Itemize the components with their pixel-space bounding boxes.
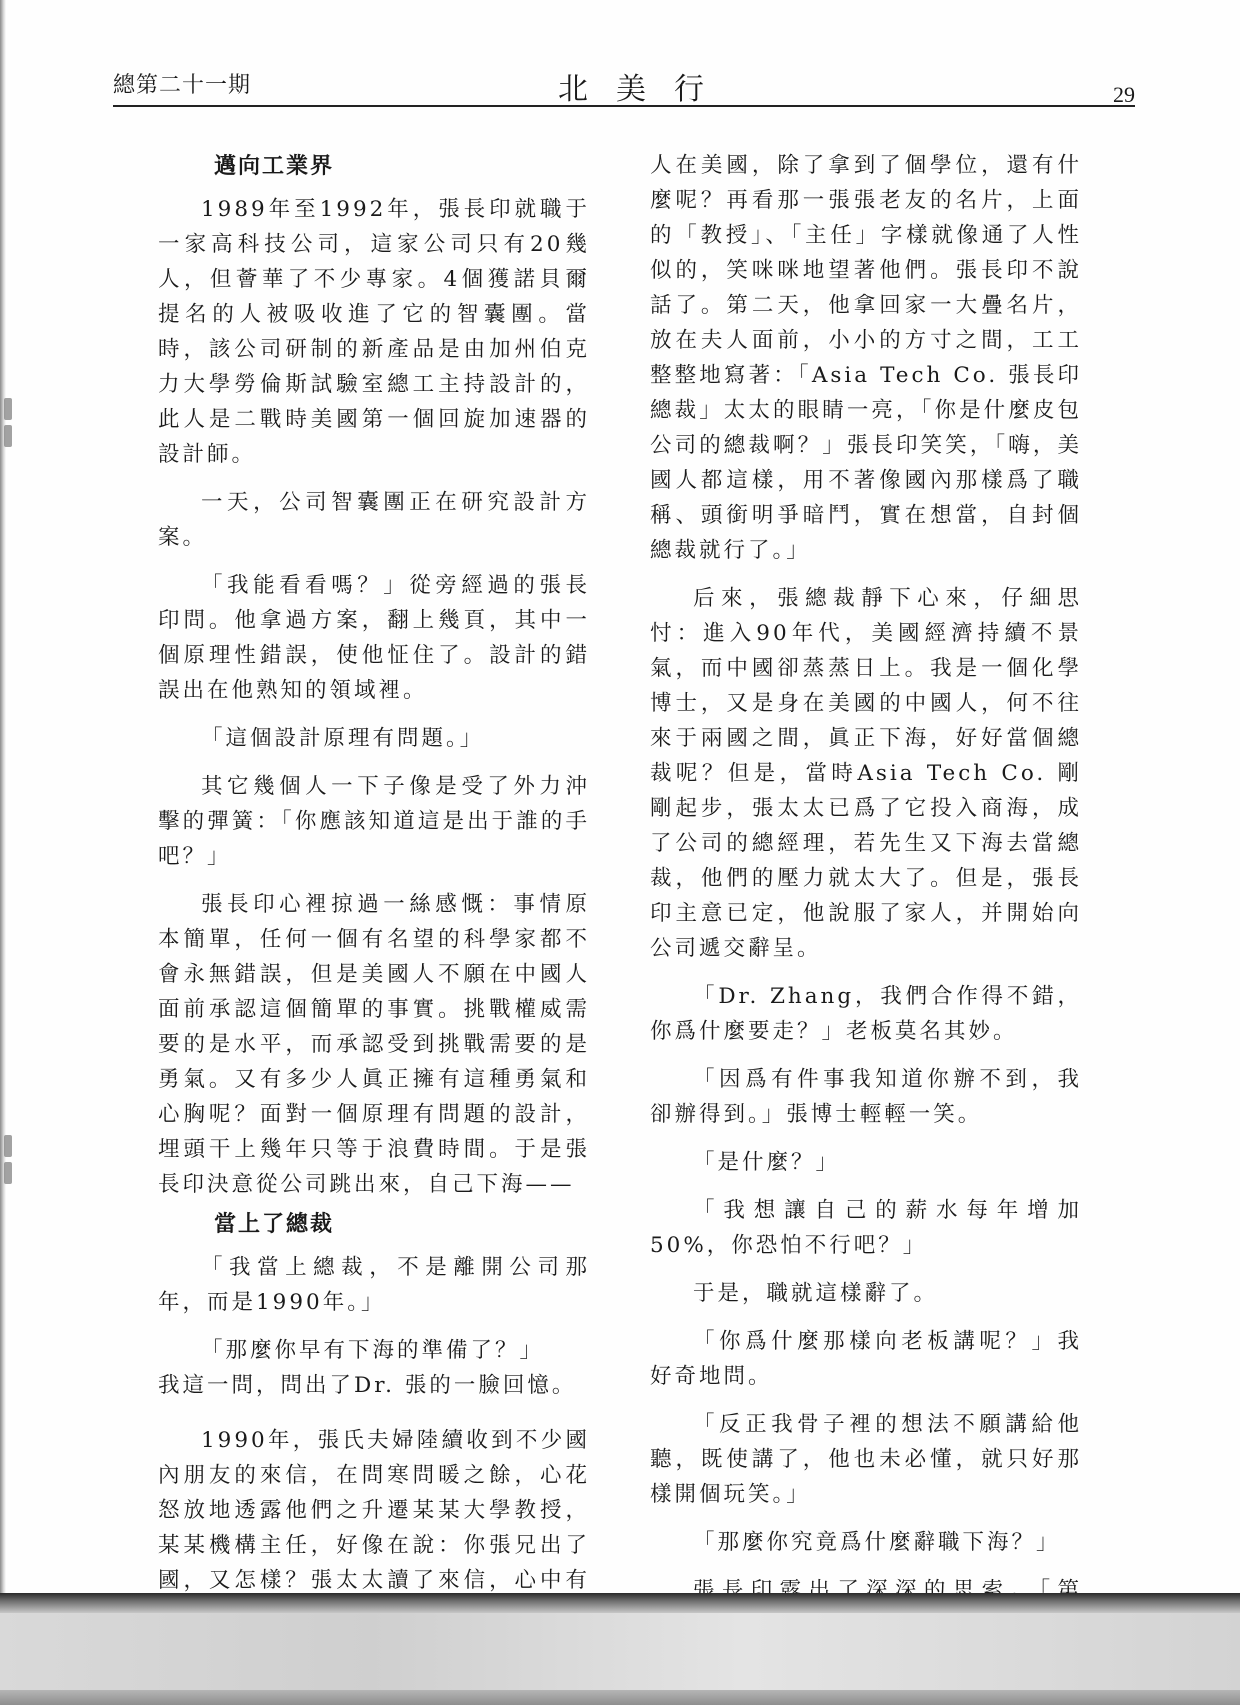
paragraph: 張長印心裡掠過一絲感慨：事情原本簡單，任何一個有名望的科學家都不會永無錯誤，但是… (158, 887, 590, 1202)
magazine-title: 北美行 (558, 64, 732, 108)
paragraph: 「是什麼？」 (650, 1145, 1082, 1180)
paragraph: 「那麼你早有下海的準備了？」 (158, 1333, 590, 1368)
section-heading: 邁向工業界 (214, 148, 590, 186)
paragraph: 后來，張總裁靜下心來，仔細思忖：進入90年代，美國經濟持續不景氣，而中國卻蒸蒸日… (650, 581, 1082, 966)
paragraph: 一天，公司智囊團正在研究設計方案。 (158, 485, 590, 555)
paragraph: 「我能看看嗎？」從旁經過的張長印問。他拿過方案，翻上幾頁，其中一個原理性錯誤，使… (158, 568, 590, 708)
magazine-page: 總第二十一期 北美行 29 邁向工業界 1989年至1992年，張長印就職于一家… (0, 0, 1240, 1595)
paragraph: 「那麼你究竟爲什麼辭職下海？」 (650, 1525, 1082, 1560)
paragraph: 「反正我骨子裡的想法不願講給他聽，既使講了，他也未必懂，就只好那樣開個玩笑。」 (650, 1407, 1082, 1512)
paragraph: 人在美國，除了拿到了個學位，還有什麼呢？再看那一張張老友的名片，上面的「教授」、… (650, 148, 1082, 568)
issue-number: 總第二十一期 (113, 68, 251, 99)
binding-mark (4, 1162, 12, 1184)
paragraph: 「你爲什麼那樣向老板講呢？」我好奇地問。 (650, 1324, 1082, 1394)
running-header: 總第二十一期 北美行 29 (113, 68, 1135, 108)
paragraph: 我這一問，問出了Dr. 張的一臉回憶。 (158, 1368, 590, 1403)
paragraph: 「Dr. Zhang，我們合作得不錯，你爲什麼要走？」老板莫名其妙。 (650, 979, 1082, 1049)
binding-mark (4, 398, 12, 420)
right-column: 人在美國，除了拿到了個學位，還有什麼呢？再看那一張張老友的名片，上面的「教授」、… (650, 148, 1082, 1656)
page-bottom-edge-shadow (0, 1593, 1240, 1613)
left-column: 邁向工業界 1989年至1992年，張長印就職于一家高科技公司，這家公司只有20… (158, 148, 590, 1646)
scanner-edge (0, 1690, 1240, 1705)
paragraph: 1989年至1992年，張長印就職于一家高科技公司，這家公司只有20幾人，但薈華… (158, 192, 590, 472)
paragraph: 「我當上總裁，不是離開公司那年，而是1990年。」 (158, 1250, 590, 1320)
paragraph: 其它幾個人一下子像是受了外力沖擊的彈簧：「你應該知道這是出于誰的手吧？」 (158, 769, 590, 874)
section-heading: 當上了總裁 (214, 1206, 590, 1244)
paragraph: 「我想讓自己的薪水每年增加50%，你恐怕不行吧？」 (650, 1193, 1082, 1263)
paragraph: 「這個設計原理有問題。」 (158, 721, 590, 756)
binding-mark (4, 425, 12, 447)
paragraph: 于是，職就這樣辭了。 (650, 1276, 1082, 1311)
page-binding-edge (0, 0, 6, 1595)
paragraph: 「因爲有件事我知道你辦不到，我卻辦得到。」張博士輕輕一笑。 (650, 1062, 1082, 1132)
binding-mark (4, 1135, 12, 1157)
header-rule (113, 105, 1135, 107)
